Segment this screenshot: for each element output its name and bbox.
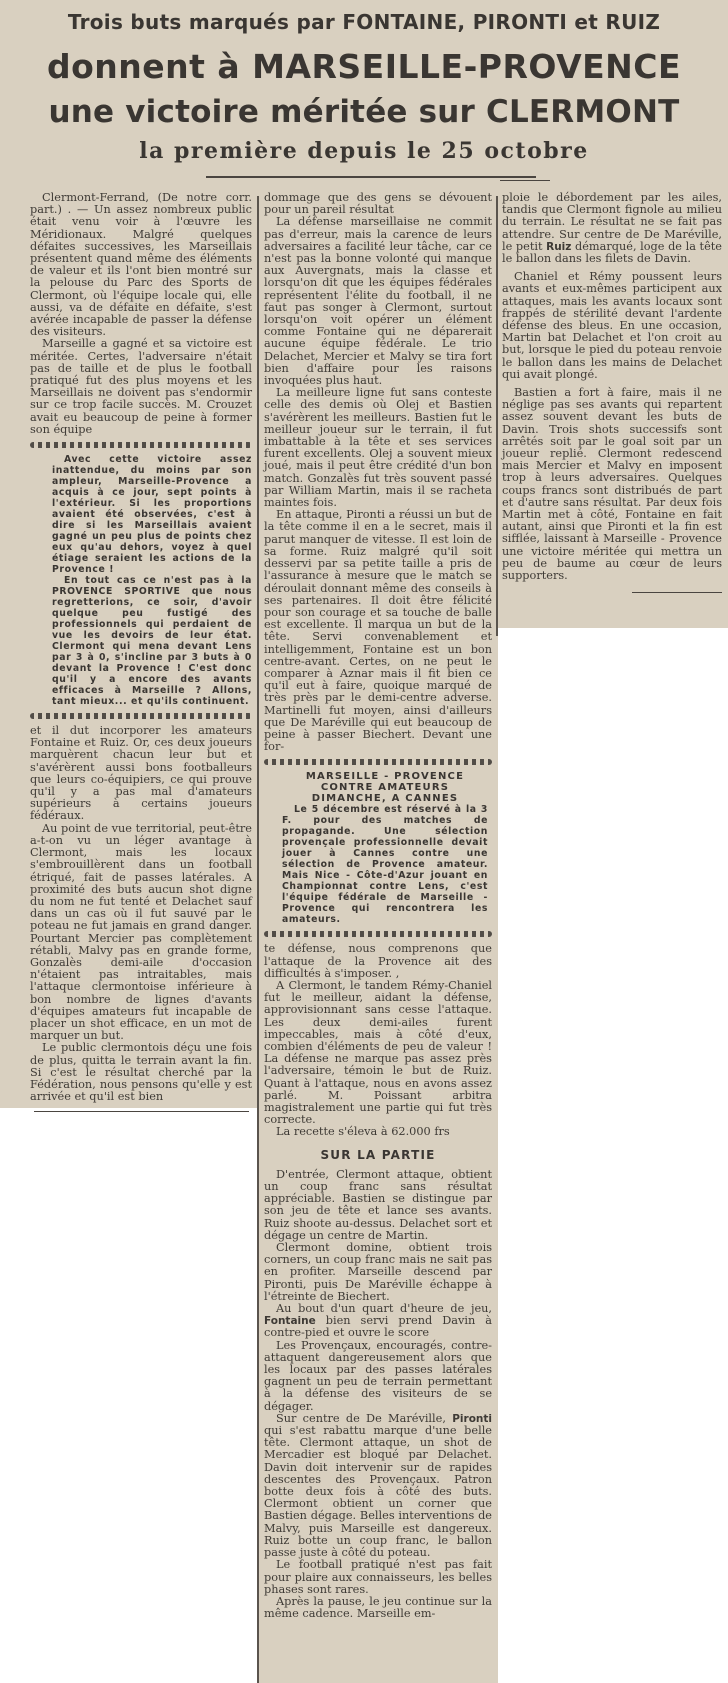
- column-rule: [500, 180, 550, 181]
- box-paragraph: Le 5 décembre est réservé à la 3 F. pour…: [282, 804, 488, 925]
- paragraph: Bastien a fort à faire, mais il ne négli…: [502, 387, 722, 582]
- player-name: Fontaine: [264, 1315, 316, 1327]
- column-1: Clermont-Ferrand, (De notre corr. part.)…: [30, 192, 252, 1112]
- paragraph: D'entrée, Clermont attaque, obtient un c…: [264, 1169, 492, 1242]
- paragraph: Après la pause, le jeu continue sur la m…: [264, 1596, 492, 1620]
- paragraph: et il dut incorporer les amateurs Fontai…: [30, 725, 252, 823]
- paragraph: Le football pratiqué n'est pas fait pour…: [264, 1559, 492, 1596]
- paragraph: Clermont domine, obtient trois corners, …: [264, 1242, 492, 1303]
- paragraph: Au point de vue territorial, peut-être a…: [30, 823, 252, 1043]
- headline-subtitle: la première depuis le 25 octobre: [0, 138, 728, 164]
- paragraph: La défense marseillaise ne commit pas d'…: [264, 216, 492, 387]
- end-rule: [632, 592, 722, 593]
- paragraph: La recette s'éleva à 62.000 frs: [264, 1126, 492, 1138]
- paragraph: Au bout d'un quart d'heure de jeu, Fonta…: [264, 1303, 492, 1340]
- box-paragraph: En tout cas ce n'est pas à la PROVENCE S…: [52, 575, 252, 707]
- paragraph: Clermont-Ferrand, (De notre corr. part.)…: [30, 192, 252, 338]
- text-run: Sur centre de De Maréville,: [276, 1412, 452, 1425]
- news-brief-box: MARSEILLE - PROVENCE CONTRE AMATEURS DIM…: [264, 771, 492, 925]
- headline-main: donnent à MARSEILLE-PROVENCE: [0, 47, 728, 86]
- column-divider: [257, 196, 259, 1683]
- player-name: Pironti: [452, 1413, 492, 1425]
- column-3: ploie le débordement par les ailes, tand…: [502, 192, 722, 593]
- end-rule: [34, 1111, 249, 1112]
- paragraph: En attaque, Pironti a réussi un but de l…: [264, 509, 492, 753]
- headline-kicker: Trois buts marqués par FONTAINE, PIRONTI…: [0, 10, 728, 34]
- paragraph: La meilleure ligne fut sans conteste cel…: [264, 387, 492, 509]
- section-heading: SUR LA PARTIE: [264, 1149, 492, 1161]
- wavy-divider: [264, 931, 492, 937]
- paragraph: Chaniel et Rémy poussent leurs avants et…: [502, 271, 722, 381]
- box-paragraph: Avec cette victoire assez inattendue, du…: [52, 454, 252, 575]
- paragraph: A Clermont, le tandem Rémy-Chaniel fut l…: [264, 980, 492, 1126]
- paragraph: Le public clermontois déçu une fois de p…: [30, 1042, 252, 1103]
- text-run: qui s'est rabattu marque d'une belle têt…: [264, 1424, 492, 1559]
- column-divider: [496, 196, 498, 636]
- paragraph: Sur centre de De Maréville, Pironti qui …: [264, 1413, 492, 1559]
- headline-rule: [206, 176, 536, 178]
- paragraph: Marseille a gagné et sa victoire est mér…: [30, 338, 252, 436]
- paragraph: ploie le débordement par les ailes, tand…: [502, 192, 722, 265]
- box-title: DIMANCHE, A CANNES: [282, 793, 488, 804]
- wavy-divider: [264, 759, 492, 765]
- paragraph: Les Provençaux, encouragés, contre-attaq…: [264, 1340, 492, 1413]
- paragraph: te défense, nous comprenons que l'attaqu…: [264, 943, 492, 980]
- paragraph: dommage que des gens se dévouent pour un…: [264, 192, 492, 216]
- headline-main-2: une victoire méritée sur CLERMONT: [0, 94, 728, 130]
- wavy-divider: [30, 442, 252, 448]
- wavy-divider: [30, 713, 252, 719]
- player-name: Ruiz: [546, 241, 571, 253]
- column-2: dommage que des gens se dévouent pour un…: [264, 192, 492, 1620]
- editorial-box: Avec cette victoire assez inattendue, du…: [30, 454, 252, 707]
- box-title: CONTRE AMATEURS: [282, 782, 488, 793]
- text-run: Au bout d'un quart d'heure de jeu,: [276, 1302, 492, 1315]
- box-title: MARSEILLE - PROVENCE: [282, 771, 488, 782]
